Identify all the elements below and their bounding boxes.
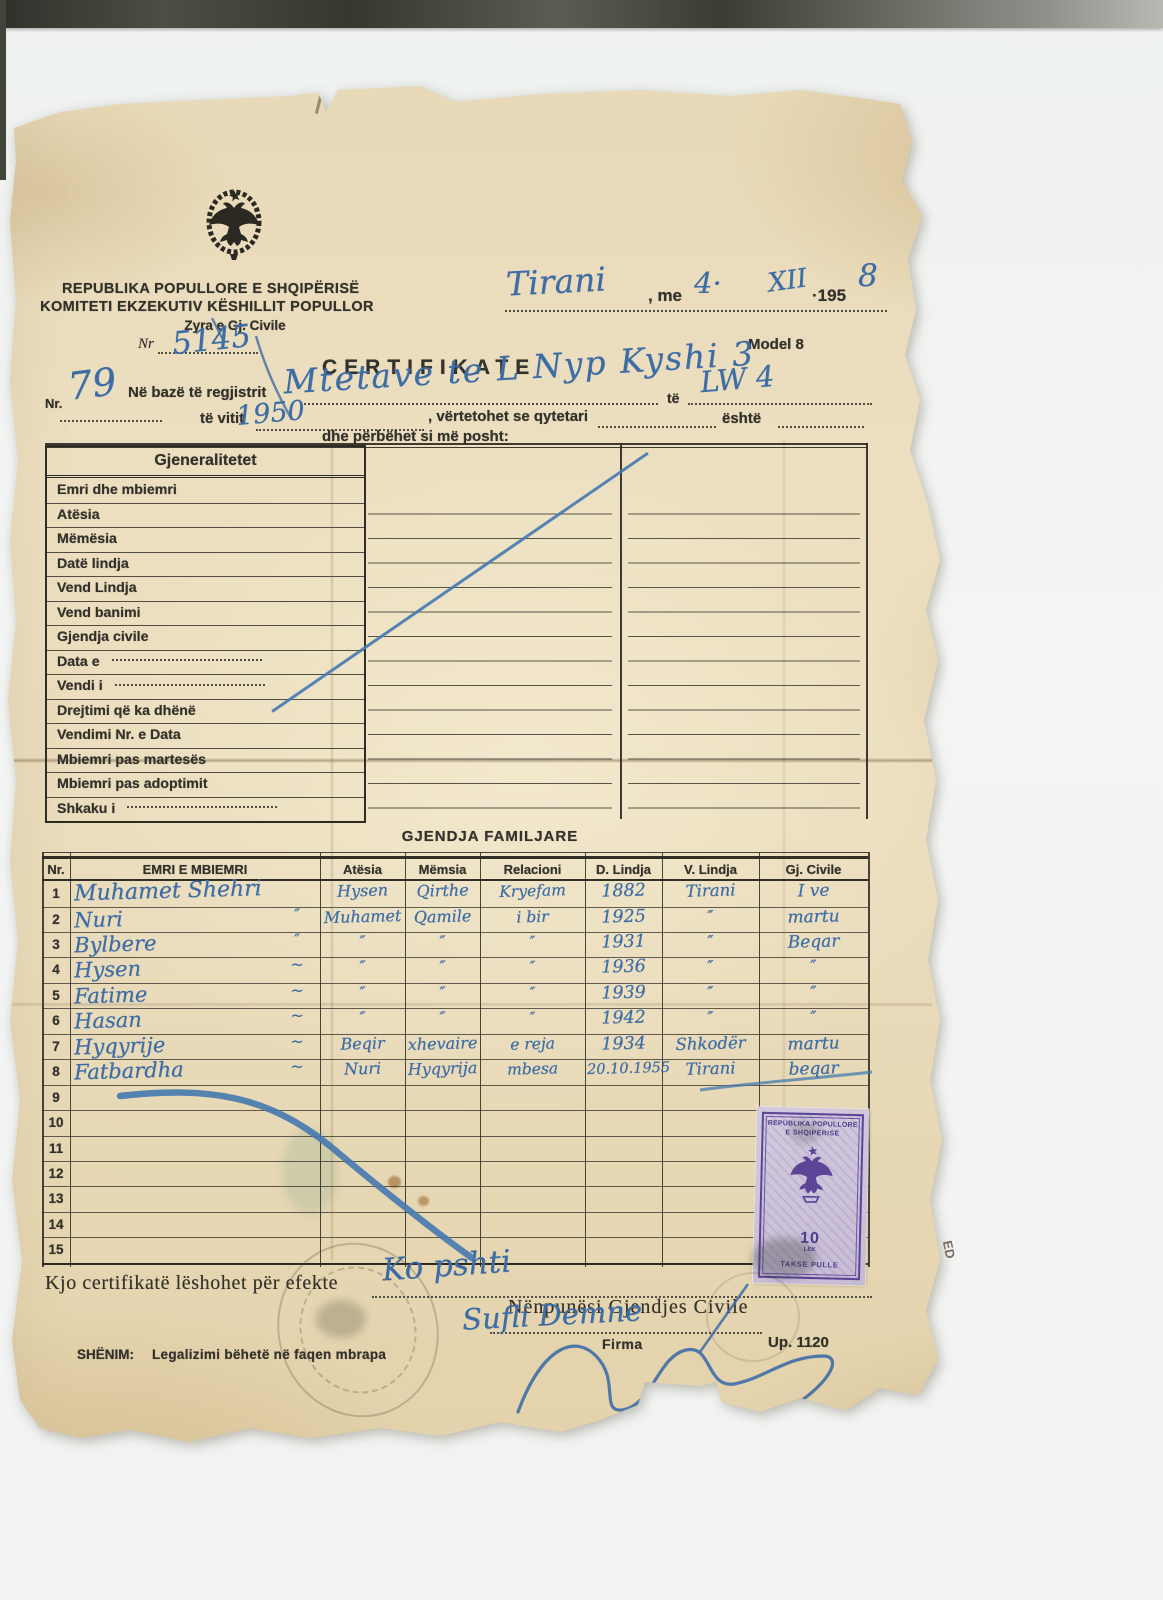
pen-strokes-overlay: [0, 0, 1163, 1600]
paper-wrap: REPUBLIKA POPULLORE E SHQIPËRISË KOMITET…: [0, 0, 1163, 1600]
scanned-certificate-page: REPUBLIKA POPULLORE E SHQIPËRISË KOMITET…: [0, 0, 1163, 1600]
document-paper: REPUBLIKA POPULLORE E SHQIPËRISË KOMITET…: [0, 0, 1163, 1600]
stain-spot: [360, 30, 372, 42]
